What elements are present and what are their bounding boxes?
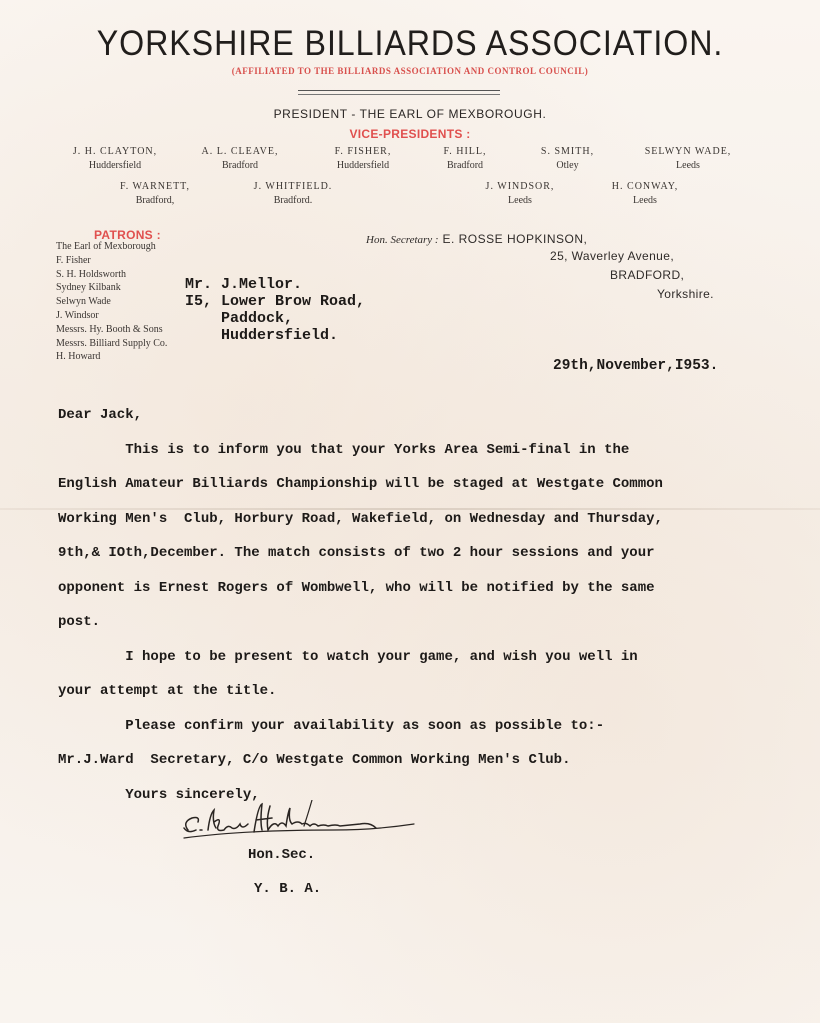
body-line: I hope to be present to watch your game,… [58,640,818,675]
salutation: Dear Jack, [58,398,818,433]
vice-president: S. SMITH, Otley [525,145,610,173]
double-rule [298,90,500,95]
vice-president: H. CONWAY, Leeds [595,180,695,208]
vice-president: F. HILL, Bradford [430,145,500,173]
body-line: Mr.J.Ward Secretary, C/o Westgate Common… [58,743,818,778]
signatory-org: Y. B. A. [254,872,321,906]
patron: Messrs. Billiard Supply Co. [56,337,167,351]
body-line: This is to inform you that your Yorks Ar… [58,433,818,468]
vice-president: J. H. CLAYTON, Huddersfield [60,145,170,173]
hon-secretary-label: Hon. Secretary : [366,234,439,246]
addressee-block: Mr. J.Mellor. I5, Lower Brow Road, Paddo… [185,276,365,344]
patron: J. Windsor [56,309,167,323]
body-line: Please confirm your availability as soon… [58,709,818,744]
addressee-line: I5, Lower Brow Road, [185,293,365,310]
vice-president: A. L. CLEAVE, Bradford [190,145,290,173]
hon-secretary-county: Yorkshire. [657,287,714,301]
vice-president: F. WARNETT, Bradford, [105,180,205,208]
vice-president: J. WINDSOR, Leeds [470,180,570,208]
body-line: post. [58,605,818,640]
patron: Selwyn Wade [56,295,167,309]
closing-block: Hon.Sec. Y. B. A. [248,838,321,906]
hon-secretary-name: E. ROSSE HOPKINSON, [442,232,587,246]
patron: S. H. Holdsworth [56,268,167,282]
hon-secretary-street: 25, Waverley Avenue, [550,249,674,263]
body-line: opponent is Ernest Rogers of Wombwell, w… [58,571,818,606]
patron: F. Fisher [56,254,167,268]
addressee-line: Paddock, [185,310,365,327]
affiliation-line: (AFFILIATED TO THE BILLIARDS ASSOCIATION… [0,66,820,76]
addressee-line: Huddersfield. [185,327,365,344]
body-line: 9th,& IOth,December. The match consists … [58,536,818,571]
patron: Messrs. Hy. Booth & Sons [56,323,167,337]
body-line: English Amateur Billiards Championship w… [58,467,818,502]
vice-president: SELWYN WADE, Leeds [628,145,748,173]
body-line: your attempt at the title. [58,674,818,709]
patron: H. Howard [56,350,167,364]
hon-secretary: Hon. Secretary : E. ROSSE HOPKINSON, [366,232,587,246]
addressee-line: Mr. J.Mellor. [185,276,365,293]
body-line: Working Men's Club, Horbury Road, Wakefi… [58,502,818,537]
patrons-list: The Earl of Mexborough F. Fisher S. H. H… [56,240,167,364]
vice-presidents-heading: VICE-PRESIDENTS : [0,127,820,141]
patron: Sydney Kilbank [56,281,167,295]
signatory-title: Hon.Sec. [248,838,321,872]
vice-president: J. WHITFIELD. Bradford. [238,180,348,208]
letter-body: Dear Jack, This is to inform you that yo… [58,398,818,812]
letterhead-title: YORKSHIRE BILLIARDS ASSOCIATION. [33,24,787,64]
president-line: PRESIDENT - THE EARL OF MEXBOROUGH. [0,107,820,121]
patron: The Earl of Mexborough [56,240,167,254]
vice-president: F. FISHER, Huddersfield [313,145,413,173]
letter-date: 29th,November,I953. [553,358,718,374]
hon-secretary-city: BRADFORD, [610,268,684,282]
